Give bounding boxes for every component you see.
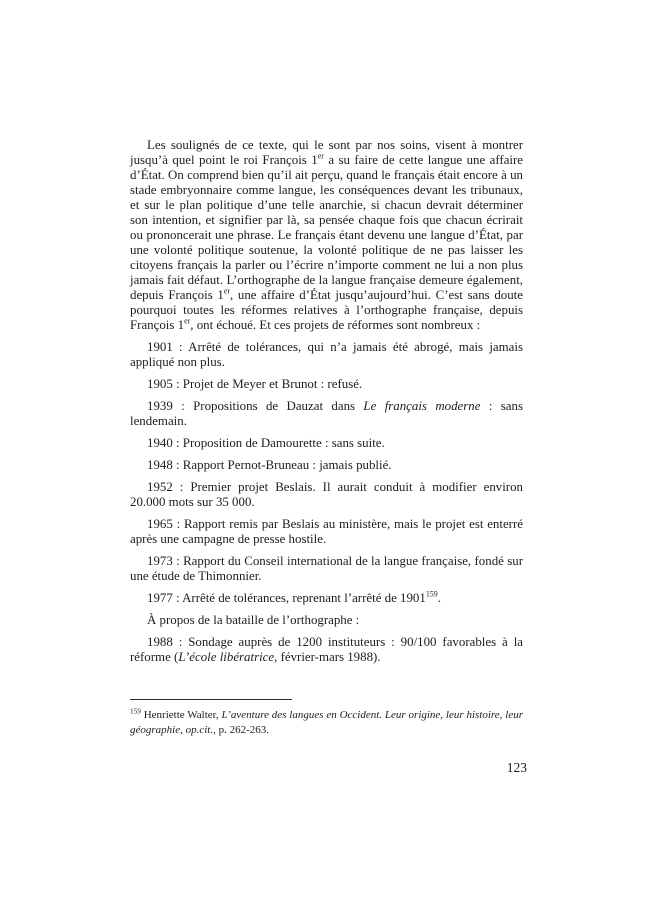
text-run: 1952 : Premier projet Beslais. Il aurait… <box>130 480 523 509</box>
text-run: 1901 : Arrêté de tolérances, qui n’a jam… <box>130 340 523 369</box>
text-run: a su faire de cette langue une affaire d… <box>130 153 523 302</box>
list-paragraph: 1939 : Propositions de Dauzat dans Le fr… <box>130 399 523 429</box>
list-paragraph: 1901 : Arrêté de tolérances, qui n’a jam… <box>130 340 523 370</box>
text-run: , février-mars 1988). <box>274 650 380 664</box>
text-run: À propos de la bataille de l’orthographe… <box>147 613 359 627</box>
footnote-separator <box>130 699 292 700</box>
list-paragraph: 1977 : Arrêté de tolérances, reprenant l… <box>130 591 523 606</box>
text-run: , ont échoué. Et ces projets de réformes… <box>190 318 480 332</box>
text-run: Henriette Walter, <box>141 709 222 721</box>
text-run: . <box>438 591 441 605</box>
footnote-text: 159 Henriette Walter, L’aventure des lan… <box>130 708 523 737</box>
paragraph: Les soulignés de ce texte, qui le sont p… <box>130 138 523 333</box>
text-run: 159 <box>426 590 438 599</box>
text-run: 1965 : Rapport remis par Beslais au mini… <box>130 517 523 546</box>
text-run: 1905 : Projet de Meyer et Brunot : refus… <box>147 377 362 391</box>
list-paragraph: 1948 : Rapport Pernot-Bruneau : jamais p… <box>130 458 523 473</box>
text-run: 1973 : Rapport du Conseil international … <box>130 554 523 583</box>
list-paragraph: 1973 : Rapport du Conseil international … <box>130 554 523 584</box>
list-paragraph: À propos de la bataille de l’orthographe… <box>130 613 523 628</box>
footnote: 159 Henriette Walter, L’aventure des lan… <box>130 699 523 737</box>
text-run: Le français moderne <box>363 399 480 413</box>
document-page: Les soulignés de ce texte, qui le sont p… <box>0 0 650 920</box>
list-paragraph: 1952 : Premier projet Beslais. Il aurait… <box>130 480 523 510</box>
list-paragraph: 1988 : Sondage auprès de 1200 instituteu… <box>130 635 523 665</box>
text-run: 1948 : Rapport Pernot-Bruneau : jamais p… <box>147 458 392 472</box>
text-run: 1939 : Propositions de Dauzat dans <box>147 399 363 413</box>
list-paragraph: 1965 : Rapport remis par Beslais au mini… <box>130 517 523 547</box>
text-run: 159 <box>130 707 141 715</box>
list-paragraph: 1905 : Projet de Meyer et Brunot : refus… <box>130 377 523 392</box>
text-run: 1977 : Arrêté de tolérances, reprenant l… <box>147 591 426 605</box>
page-number: 123 <box>130 760 527 776</box>
list-paragraph: 1940 : Proposition de Damourette : sans … <box>130 436 523 451</box>
text-run: L’école libératrice <box>178 650 274 664</box>
text-run: p. 262-263. <box>216 724 269 736</box>
text-run: 1940 : Proposition de Damourette : sans … <box>147 436 385 450</box>
body-text: Les soulignés de ce texte, qui le sont p… <box>130 138 523 665</box>
